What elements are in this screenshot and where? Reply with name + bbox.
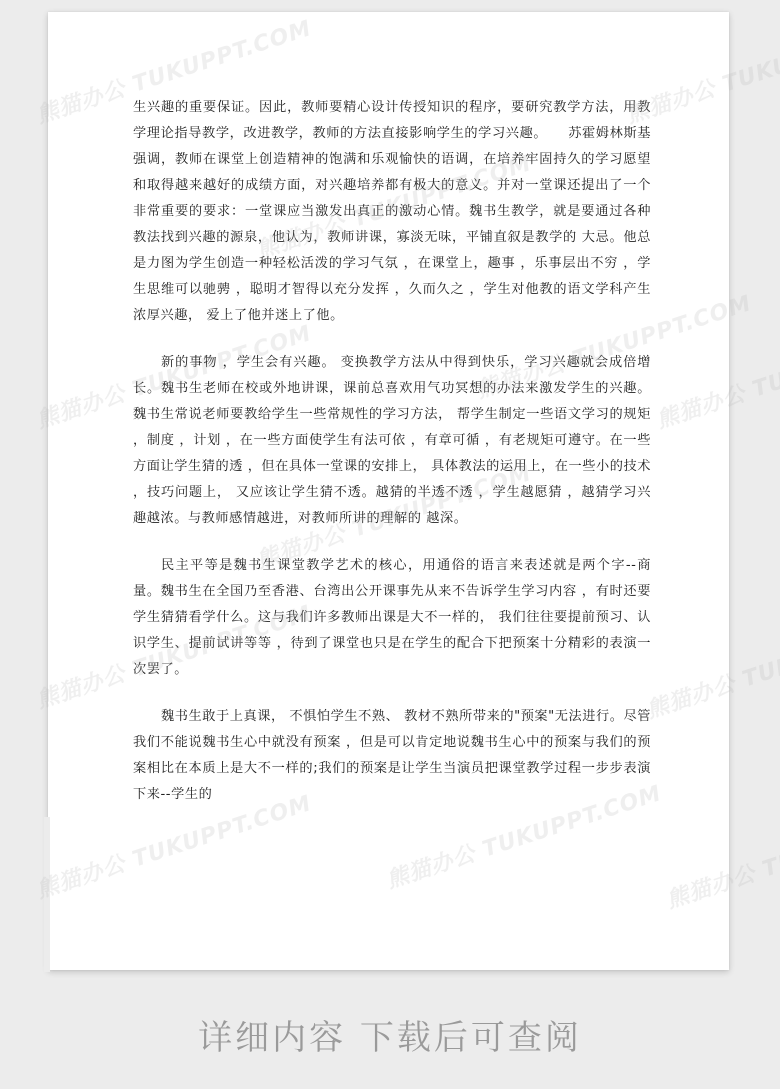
paragraph-1: 生兴趣的重要保证。因此，教师要精心设计传授知识的程序，要研究教学方法，用教学理论… [133,95,651,329]
paragraph-2: 新的事物 ，学生会有兴趣。 变换教学方法从中得到快乐，学习兴趣就会成倍增长。魏书… [133,350,651,532]
document-page: 生兴趣的重要保证。因此，教师要精心设计传授知识的程序，要研究教学方法，用教学理论… [48,12,729,970]
page-edge-notch [44,817,50,972]
paragraph-4: 魏书生敢于上真课， 不惧怕学生不熟、 教材不熟所带来的"预案"无法进行。尽管我们… [133,704,651,808]
download-prompt-banner: 详细内容 下载后可查阅 [0,1010,780,1059]
paragraph-3: 民主平等是魏书生课堂教学艺术的核心，用通俗的语言来表述就是两个字--商量。魏书生… [133,553,651,683]
document-body: 生兴趣的重要保证。因此，教师要精心设计传授知识的程序，要研究教学方法，用教学理论… [133,95,651,829]
